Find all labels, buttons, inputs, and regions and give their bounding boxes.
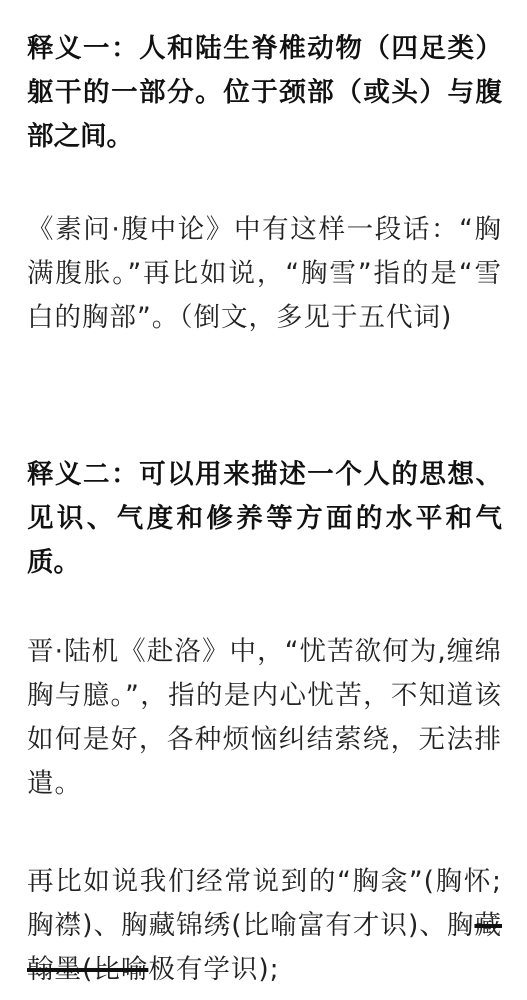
example-2-paragraph: 晋·陆机《赴洛》中，“忧苦欲何为,缠绵胸与臆。”，指的是内心忧苦，不知道该如何是… (27, 630, 502, 806)
definition-1-paragraph: 释义一：人和陆生脊椎动物（四足类）躯干的一部分。位于颈部（或头）与腹部之间。 (27, 27, 502, 159)
article: 释义一：人和陆生脊椎动物（四足类）躯干的一部分。位于颈部（或头）与腹部之间。 《… (0, 0, 527, 1000)
example-3-text-before: 再比如说我们经常说到的“胸衾”(胸怀;胸襟)、胸藏锦绣(比喻富有才识)、胸 (27, 866, 502, 941)
example-3-text-after: 极有学识); (148, 954, 279, 985)
definition-2-paragraph: 释义二：可以用来描述一个人的思想、见识、气度和修养等方面的水平和气质。 (27, 453, 502, 585)
example-1-paragraph: 《素问·腹中论》中有这样一段话：“胸满腹胀。”再比如说，“胸雪”指的是“雪白的胸… (27, 208, 502, 340)
example-3-paragraph: 再比如说我们经常说到的“胸衾”(胸怀;胸襟)、胸藏锦绣(比喻富有才识)、胸藏翰墨… (27, 860, 502, 992)
